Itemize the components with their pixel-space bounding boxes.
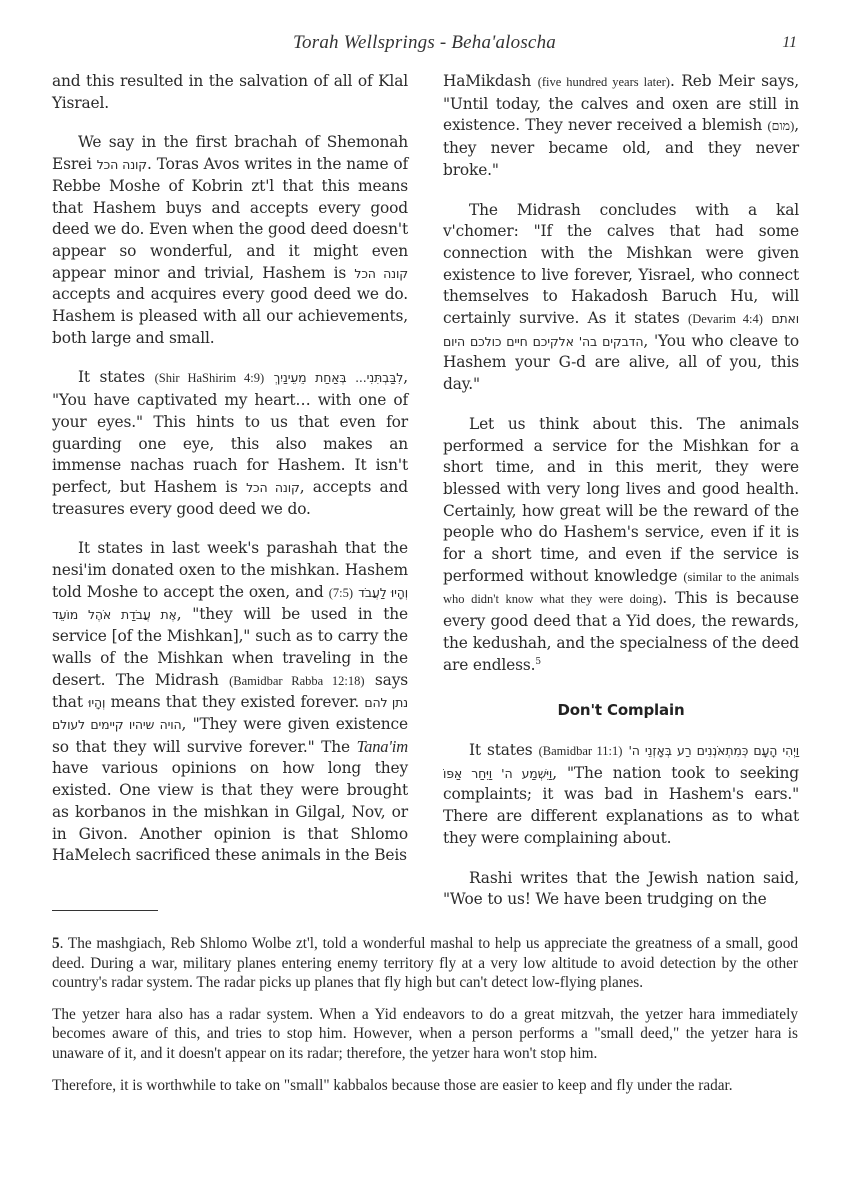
hebrew-text: וְהָיוּ [88, 695, 105, 710]
left-column: and this resulted in the salvation of al… [52, 71, 408, 885]
source-reference: (five hundred years later) [538, 75, 670, 89]
right-column: HaMikdash (five hundred years later). Re… [443, 71, 799, 929]
paragraph-continuation: HaMikdash (five hundred years later). Re… [443, 71, 799, 182]
hebrew-text: קונה הכל [246, 480, 300, 495]
paragraph-text: , "You have captivated my heart… with on… [52, 368, 408, 496]
hebrew-text: לִבַּבְתִּנִי... בְּאַחַת מֵעֵינַיִךְ [274, 370, 404, 385]
footnotes: 5. The mashgiach, Reb Shlomo Wolbe zt'l,… [52, 934, 798, 1107]
running-header: Torah Wellsprings - Beha'aloscha 11 [0, 30, 849, 56]
footnote-5: 5. The mashgiach, Reb Shlomo Wolbe zt'l,… [52, 934, 798, 993]
paragraph-text: . Toras Avos writes in the name of Rebbe… [52, 155, 408, 282]
paragraph-complaints: It states (Bamidbar 11:1) וַיְהִי הָעָם … [443, 740, 799, 850]
hebrew-reference: (מום) [767, 119, 794, 133]
paragraph-text: The Midrash concludes with a kal v'chome… [443, 201, 799, 328]
paragraph-text: It states [78, 368, 155, 386]
footnote-paragraph: Therefore, it is worthwhile to take on "… [52, 1076, 798, 1096]
paragraph-text: It states [469, 741, 539, 759]
paragraph-text: and this resulted in the salvation of al… [52, 72, 408, 112]
paragraph-text: means that they existed forever. [105, 693, 364, 711]
source-reference: (Shir HaShirim 4:9) [155, 371, 265, 385]
paragraph-kal-vchomer: The Midrash concludes with a kal v'chome… [443, 200, 799, 396]
page-number: 11 [782, 34, 797, 52]
paragraph-shir-hashirim: It states (Shir HaShirim 4:9) לִבַּבְתִּ… [52, 367, 408, 520]
italic-term: Tana'im [357, 737, 408, 756]
paragraph-text: Rashi writes that the Jewish nation said… [443, 869, 799, 909]
footnote-marker[interactable]: 5 [535, 656, 541, 666]
hebrew-text: קונה הכל [97, 157, 147, 172]
footnote-text: . The mashgiach, Reb Shlomo Wolbe zt'l, … [52, 935, 798, 991]
section-heading: Don't Complain [443, 700, 799, 722]
source-reference: (Bamidbar Rabba 12:18) [229, 674, 365, 688]
paragraph-text: accepts and acquires every good deed we … [52, 285, 408, 346]
hebrew-text: קונה הכל [354, 266, 408, 281]
paragraph-text: HaMikdash [443, 72, 538, 90]
paragraph-kone-hakol: We say in the first brachah of Shemonah … [52, 132, 408, 349]
paragraph-text: have various opinions on how long they e… [52, 759, 408, 864]
paragraph-continuation: and this resulted in the salvation of al… [52, 71, 408, 114]
paragraph-reward: Let us think about this. The animals per… [443, 414, 799, 676]
running-header-title: Torah Wellsprings - Beha'aloscha [0, 32, 849, 54]
paragraph-text: Let us think about this. The animals per… [443, 415, 799, 585]
source-reference: (Bamidbar 11:1) [539, 744, 623, 758]
footnote-number: 5 [52, 935, 60, 952]
footnote-separator [52, 910, 158, 911]
paragraph-oxen: It states in last week's parashah that t… [52, 538, 408, 867]
footnote-text: Therefore, it is worthwhile to take on "… [52, 1077, 733, 1094]
footnote-text: The yetzer hara also has a radar system.… [52, 1006, 798, 1062]
source-reference: (Devarim 4:4) [688, 312, 763, 326]
paragraph-text: It states in last week's parashah that t… [52, 539, 408, 600]
source-reference: (7:5) [329, 586, 353, 600]
paragraph-rashi: Rashi writes that the Jewish nation said… [443, 868, 799, 911]
footnote-paragraph: The yetzer hara also has a radar system.… [52, 1005, 798, 1064]
